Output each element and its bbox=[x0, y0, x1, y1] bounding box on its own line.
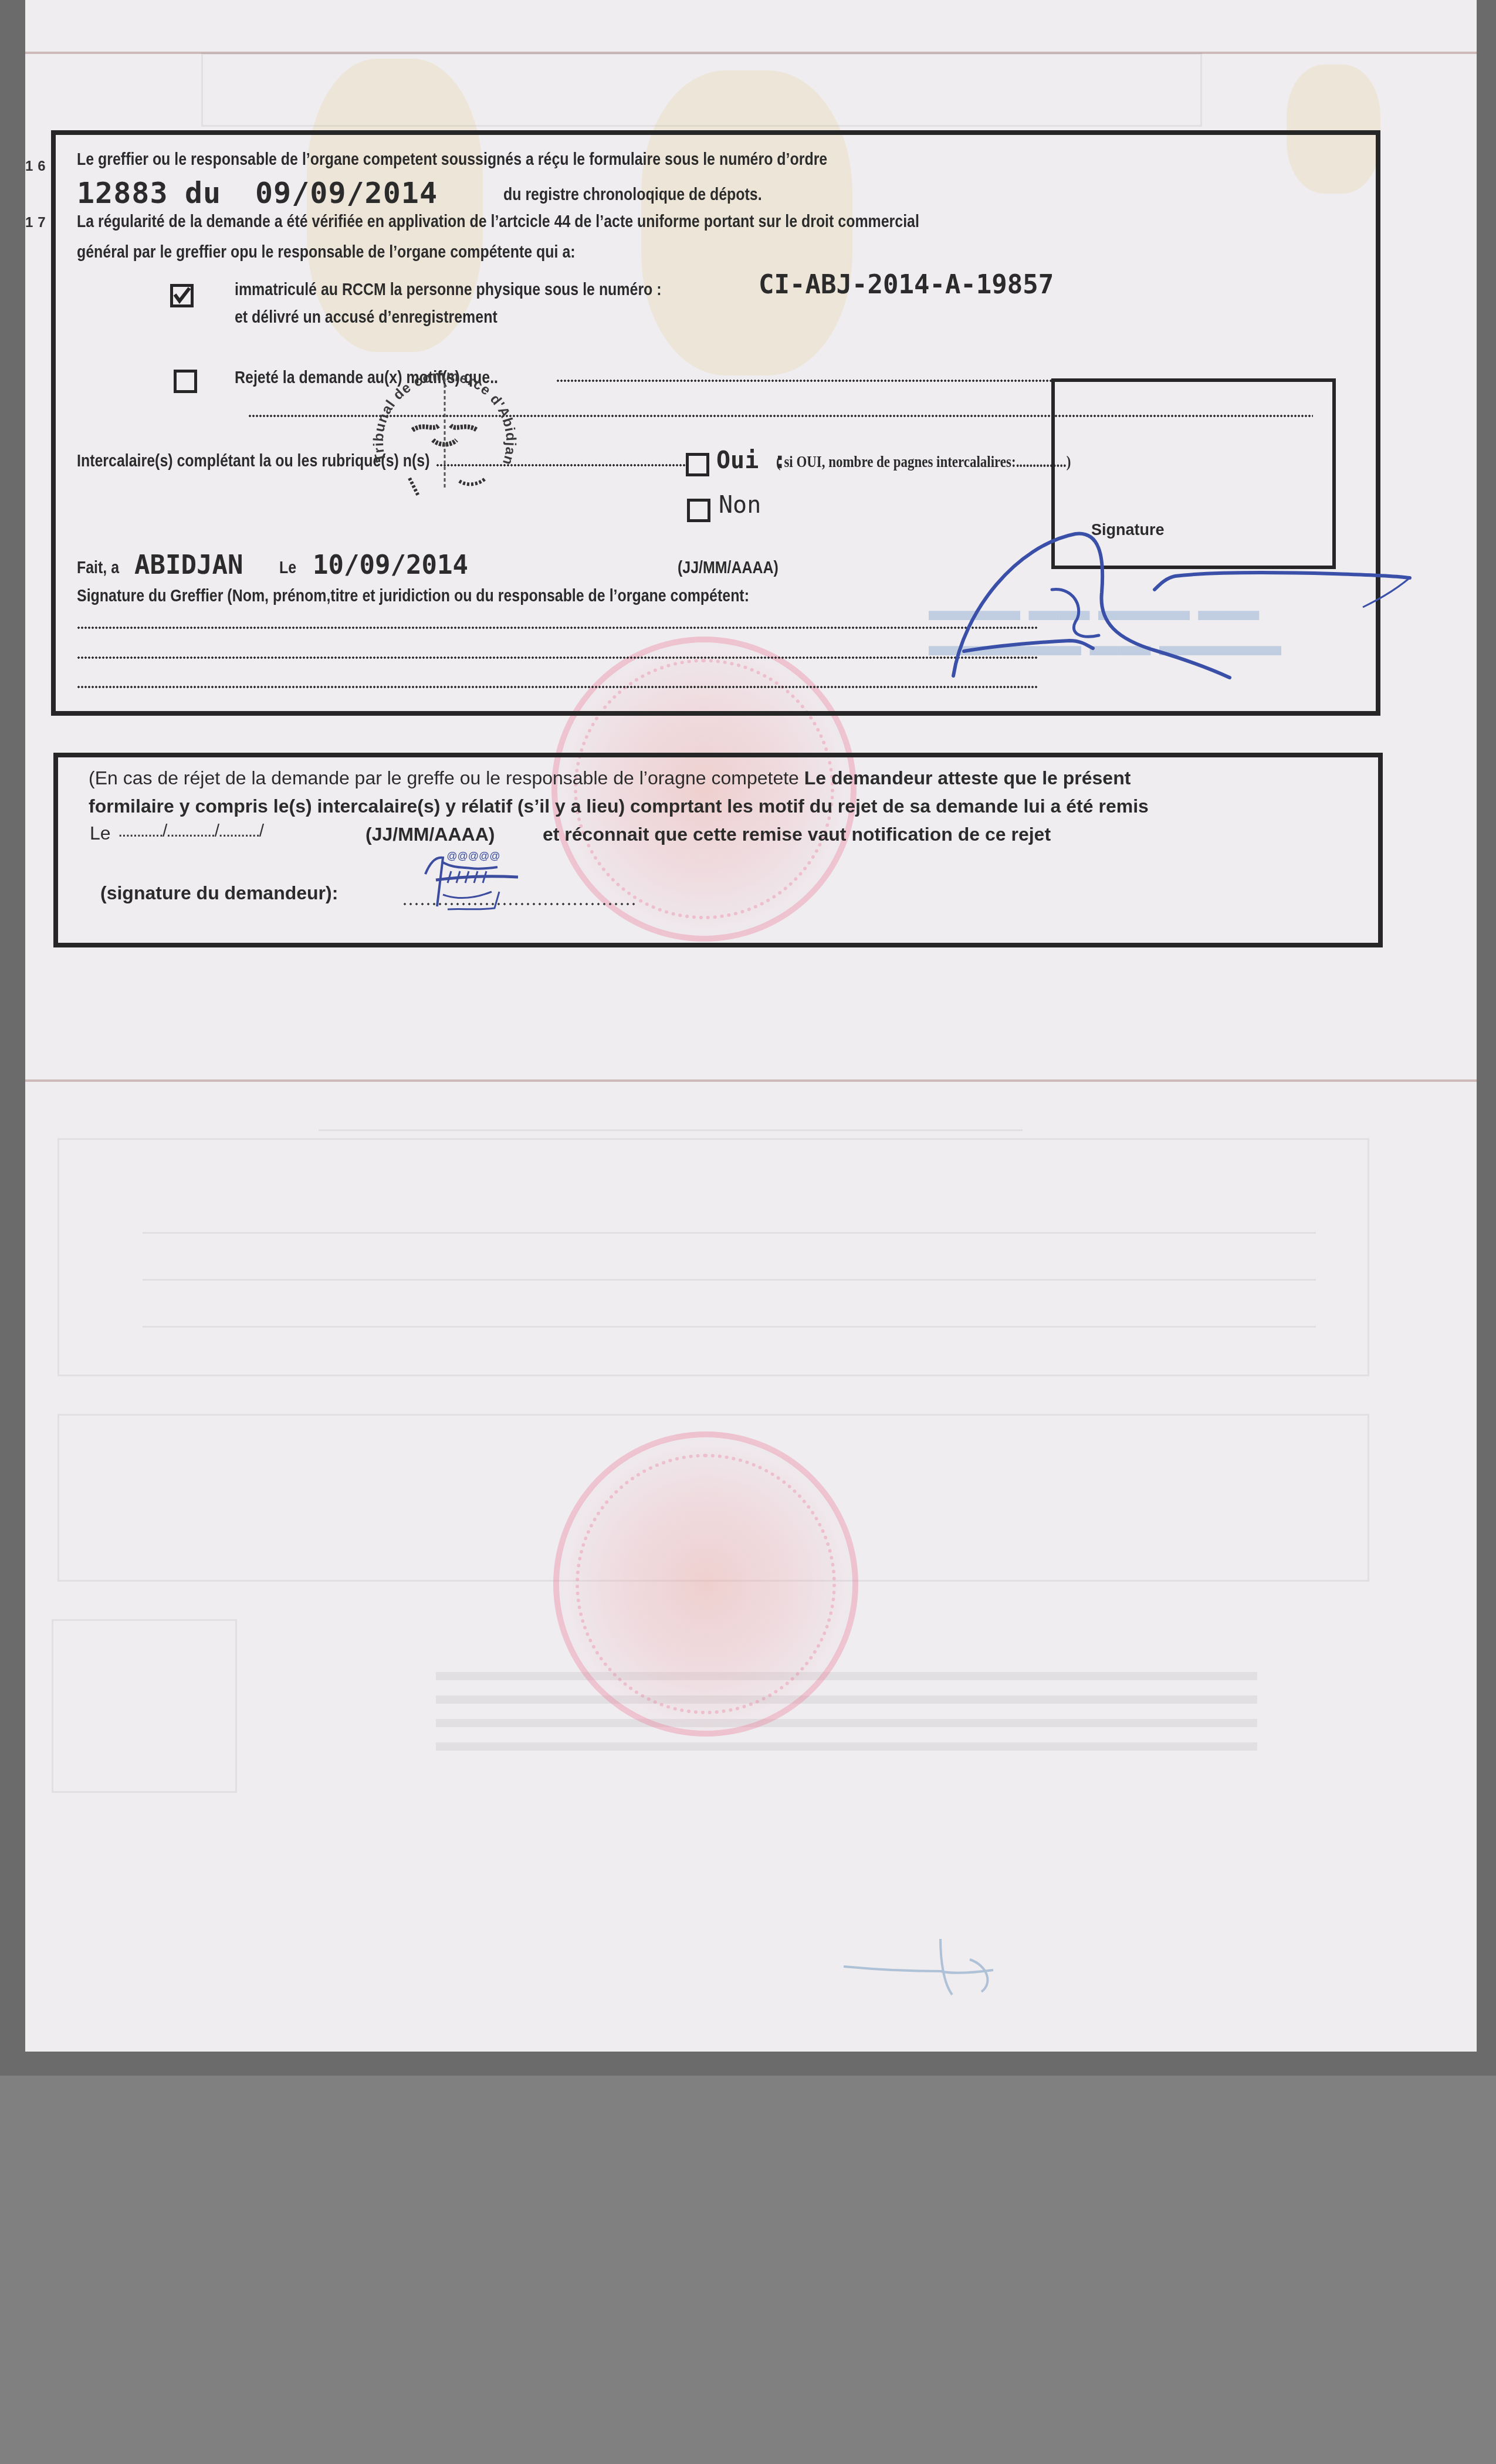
applicant-signature-label: (signature du demandeur): bbox=[100, 882, 338, 904]
showthrough-line bbox=[143, 1232, 1316, 1234]
showthrough-line bbox=[143, 1279, 1316, 1281]
rejection-date-label: Le bbox=[90, 823, 111, 844]
received-statement: Le greffier ou le responsable de l’organ… bbox=[77, 150, 827, 170]
rejection-statement-line2: formilaire y compris le(s) intercalaire(… bbox=[89, 796, 1149, 817]
greffier-name-field-line3[interactable] bbox=[77, 685, 1037, 689]
checkmark-icon bbox=[173, 287, 191, 304]
court-seal-stamp: Tribunal de commerce d'Abidjan bbox=[368, 343, 521, 496]
done-at-label: Fait, a bbox=[77, 559, 119, 578]
rejection-date-format: (JJ/MM/AAAA) bbox=[365, 824, 495, 845]
non-label: Non bbox=[719, 492, 761, 519]
greffier-signature-label: Signature du Greffier (Nom, prénom,titre… bbox=[77, 587, 749, 606]
registered-label-line2: et délivré un accusé d’enregistrement bbox=[235, 308, 497, 327]
greffier-name-field-line2[interactable] bbox=[77, 656, 1037, 659]
issue-date: 10/09/2014 bbox=[313, 550, 468, 580]
signature-box-label: Signature bbox=[1091, 521, 1165, 539]
order-number: 12883 bbox=[77, 176, 168, 210]
order-date-prefix: du bbox=[185, 176, 221, 210]
showthrough-line bbox=[436, 1695, 1257, 1704]
rejection-intro: (En cas de réjet de la demande par le gr… bbox=[89, 767, 804, 788]
margin-number-17: 17 bbox=[25, 215, 50, 231]
rejection-notification-text: et réconnait que cette remise vaut notif… bbox=[543, 824, 1051, 845]
oui-checkbox[interactable] bbox=[686, 453, 709, 476]
applicant-signature-field[interactable] bbox=[402, 902, 637, 906]
rccm-number: CI-ABJ-2014-A-19857 bbox=[759, 270, 1054, 300]
date-label: Le bbox=[279, 559, 296, 578]
done-at-city: ABIDJAN bbox=[134, 550, 243, 580]
paper-fold-middle bbox=[25, 1079, 1477, 1082]
showthrough-line bbox=[319, 1129, 1023, 1131]
order-date: 09/09/2014 bbox=[255, 176, 438, 210]
oui-note: ( si OUI, nombre de pagnes intercalalire… bbox=[776, 453, 1071, 471]
rejection-statement-line1: (En cas de réjet de la demande par le gr… bbox=[89, 767, 1131, 789]
regularity-statement-line2: général par le greffier opu le responsab… bbox=[77, 243, 576, 262]
showthrough-box bbox=[57, 1138, 1369, 1376]
red-official-stamp-showthrough bbox=[553, 1431, 858, 1737]
registered-checkbox[interactable] bbox=[170, 284, 194, 307]
document-page: ▬▬ ▬▬▬ ▬▬ ▬▬▬ ▬▬▬▬ ▬▬ ▬▬▬▬▬ 16 17 Le gre… bbox=[25, 0, 1477, 2052]
showthrough-line bbox=[436, 1719, 1257, 1727]
showthrough-line bbox=[436, 1672, 1257, 1680]
greffier-signature-box[interactable] bbox=[1051, 378, 1336, 569]
margin-number-16: 16 bbox=[25, 158, 50, 175]
register-text: du registre chronoloqique de dépots. bbox=[503, 185, 762, 205]
showthrough-box bbox=[52, 1619, 237, 1793]
non-checkbox[interactable] bbox=[687, 499, 710, 522]
showthrough-line bbox=[143, 1326, 1316, 1328]
regularity-statement-line1: La régularité de la demande a été vérifi… bbox=[77, 212, 919, 232]
registered-label-line1: immatriculé au RCCM la personne physique… bbox=[235, 280, 662, 300]
rejection-date-field[interactable]: ............/............./.........../ bbox=[118, 821, 263, 841]
showthrough-header-box bbox=[201, 53, 1202, 127]
showthrough-line bbox=[436, 1742, 1257, 1751]
greffier-name-field-line1[interactable] bbox=[77, 626, 1037, 629]
rejection-attestation: Le demandeur atteste que le présent bbox=[804, 767, 1131, 788]
date-format-hint: (JJ/MM/AAAA) bbox=[678, 559, 779, 578]
rejected-checkbox[interactable] bbox=[174, 370, 197, 393]
